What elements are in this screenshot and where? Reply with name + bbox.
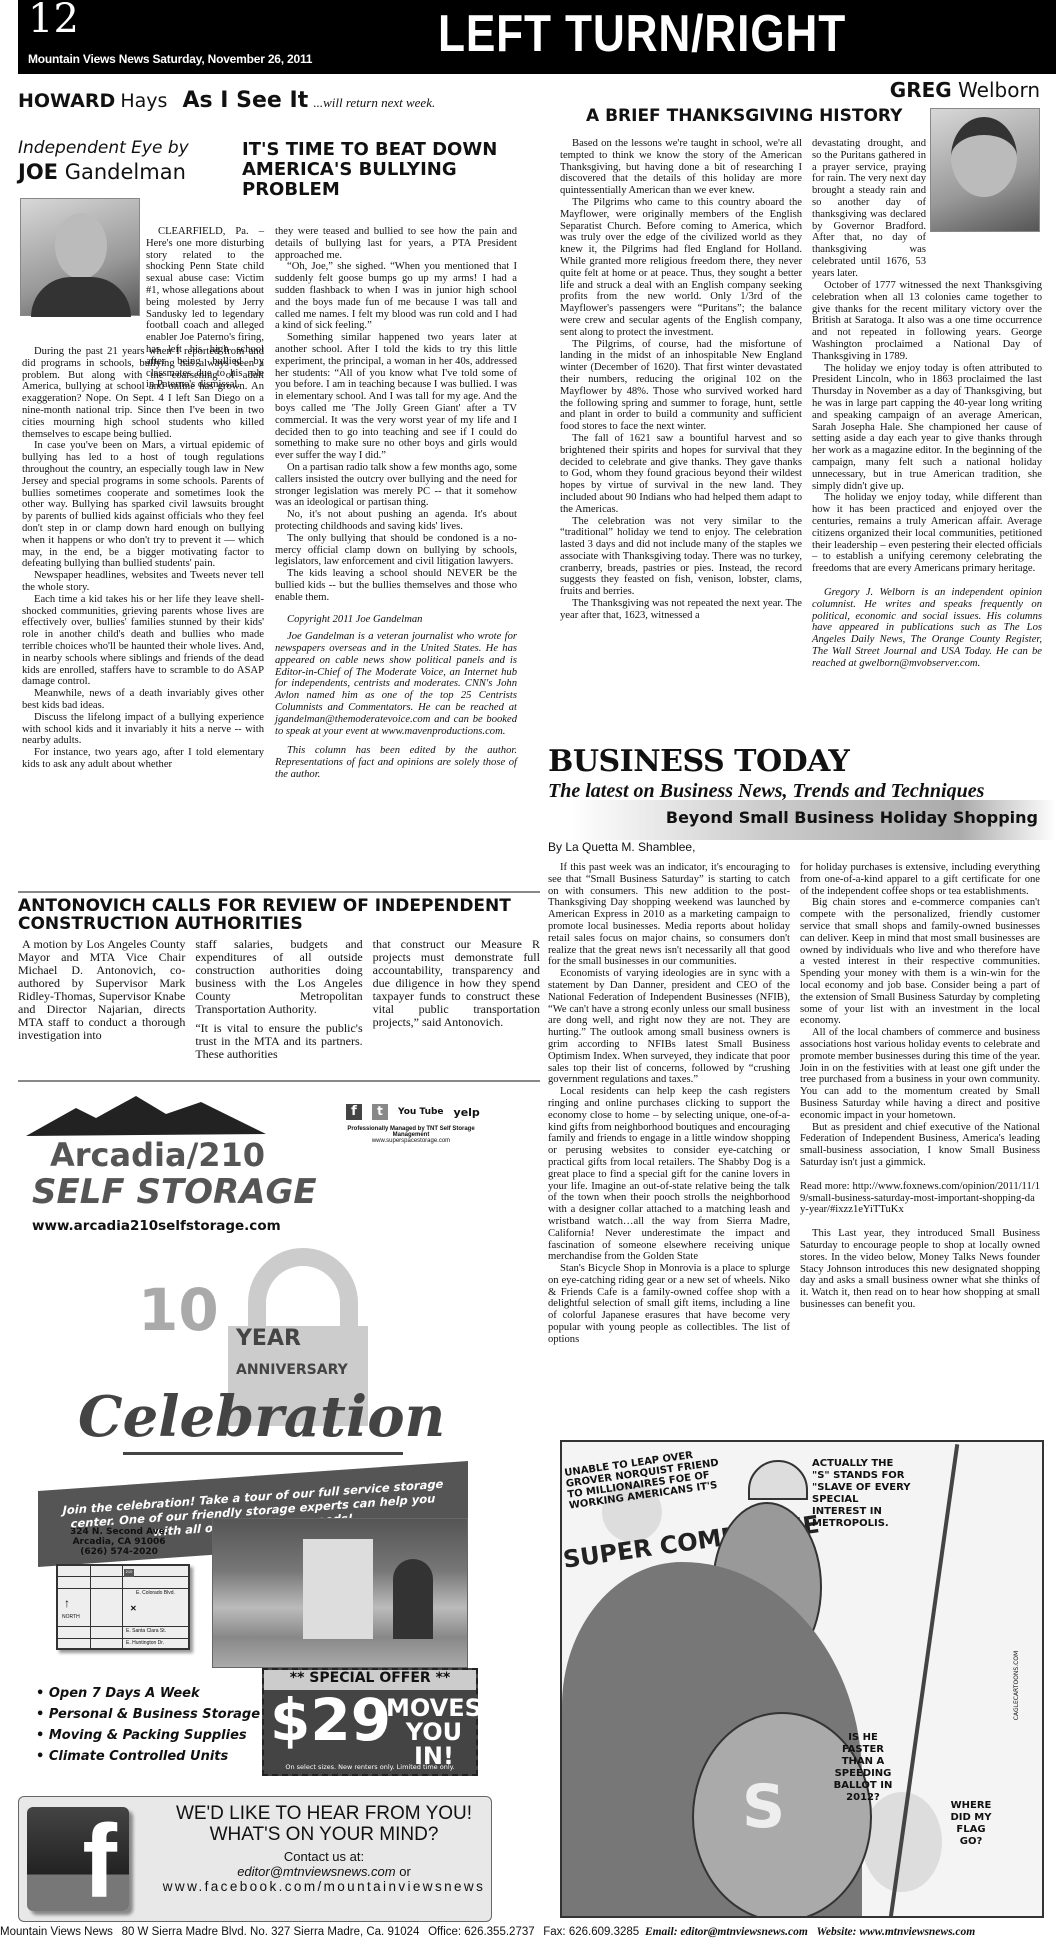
page-number: 12 (28, 0, 79, 42)
column-note: ...will return next week. (313, 95, 435, 110)
author-last: Welborn (958, 78, 1040, 102)
paragraph: staff salaries, budgets and expenditures… (195, 938, 362, 1016)
self-storage-ad: Arcadia/210 SELF STORAGE www.arcadia210s… (18, 1086, 540, 1546)
paragraph: For instance, two years ago, after I tol… (22, 747, 264, 771)
copyright: Copyright 2011 Joe Gandelman (275, 614, 517, 626)
cartoon-credit: CAGLECARTOONS.COM (1013, 1651, 1020, 1720)
column-kicker: Independent Eye by (18, 138, 189, 158)
masthead: 12 Mountain Views News Saturday, Novembe… (18, 0, 1056, 74)
author-first: HOWARD (18, 90, 115, 112)
brand-line-2: SELF STORAGE (32, 1172, 317, 1212)
s-emblem-icon: S (742, 1772, 785, 1842)
map-road (58, 1588, 188, 1589)
headline: ANTONOVICH CALLS FOR REVIEW OF INDEPENDE… (18, 897, 538, 933)
paragraph: This Last year, they introduced Small Bu… (800, 1228, 1040, 1311)
face-shape (951, 117, 1017, 197)
article-column: staff salaries, budgets and expenditures… (195, 938, 362, 1061)
paragraph: The only bullying that should be condone… (275, 533, 517, 568)
paragraph: The Pilgrims, of course, had the misfort… (560, 339, 802, 433)
divider (18, 891, 540, 893)
celebration-script: Celebration (78, 1384, 445, 1450)
special-offer-coupon[interactable]: ** SPECIAL OFFER ** $29 MOVES YOU IN! On… (262, 1668, 478, 1776)
location-marker-icon: ✕ (130, 1604, 137, 1613)
feature-label: Open 7 Days A Week (49, 1686, 200, 1701)
paragraph: “Oh, Joe,” she sighed. “When you mention… (275, 261, 517, 332)
cartoon-bubble-right: WHERE DID MY FLAG GO? (946, 1800, 996, 1848)
facebook-url-link[interactable]: www.facebook.com/mountainviewsnews (159, 1879, 489, 1894)
paragraph: Stan's Bicycle Shop in Monrovia is a pla… (548, 1263, 790, 1346)
yelp-icon[interactable]: yelp (454, 1106, 480, 1119)
padlock-shackle-icon (248, 1248, 358, 1338)
paragraph: Discuss the lifelong impact of a bullyin… (22, 712, 264, 747)
author-last: Hays (120, 90, 167, 112)
paragraph: The holiday we enjoy today is often attr… (812, 363, 1042, 493)
article-column: that construct our Measure R projects mu… (373, 938, 540, 1061)
headline: IT'S TIME TO BEAT DOWN AMERICA'S BULLYIN… (242, 140, 542, 200)
disclaimer: This column has been edited by the autho… (275, 745, 517, 780)
paragraph: During the past 21 years when I reported… (22, 346, 264, 440)
byline: By La Quetta M. Shamblee, (548, 840, 695, 854)
paragraph: The Pilgrims who came to this country ab… (560, 197, 802, 339)
offer-line: MOVES (386, 1696, 482, 1720)
contact-label: Contact us at: (159, 1849, 489, 1864)
anniversary-label: ANNIVERSARY (236, 1362, 348, 1378)
byline: GREG Welborn (890, 78, 1040, 102)
cartoon-caption-right: ACTUALLY THE "S" STANDS FOR "SLAVE OF EV… (812, 1458, 912, 1530)
paragraph: October of 1777 witnessed the next Thank… (812, 280, 1042, 363)
address-line-1: 324 N. Second Ave. (70, 1527, 168, 1537)
article-column-2: for holiday purchases is extensive, incl… (800, 862, 1040, 1311)
building-tower (303, 1539, 373, 1639)
map-label: NORTH (62, 1614, 80, 1620)
article-column-1b: During the past 21 years when I reported… (22, 346, 264, 771)
article-headline: Beyond Small Business Holiday Shopping (666, 808, 1038, 827)
ad-website[interactable]: www.arcadia210selfstorage.com (32, 1218, 281, 1234)
read-more-link[interactable]: Read more: http://www.foxnews.com/opinio… (800, 1181, 1040, 1216)
map-road (58, 1576, 188, 1577)
paragraph: Local residents can help keep the cash r… (548, 1086, 790, 1263)
feature-label: Moving & Packing Supplies (49, 1728, 247, 1743)
map-road (90, 1566, 91, 1648)
paragraph: The fall of 1621 saw a bountiful harvest… (560, 433, 802, 516)
managed-by-url: www.superspacestorage.com (336, 1138, 486, 1144)
map-road (58, 1638, 188, 1639)
managed-by-text: Professionally Managed by TNT Self Stora… (336, 1126, 486, 1138)
palm-tree (393, 1559, 433, 1639)
feature-label: Climate Controlled Units (49, 1749, 228, 1764)
feature-list: • Open 7 Days A Week • Personal & Busine… (36, 1683, 260, 1767)
cartoon-bubble-middle: IS HE FASTER THAN A SPEEDING BALLOT IN 2… (828, 1732, 898, 1804)
paragraph: for holiday purchases is extensive, incl… (800, 862, 1040, 897)
capitol-dome-helmet (748, 1460, 808, 1500)
author-bio: Gregory J. Welborn is an independent opi… (812, 587, 1042, 670)
column-name: As I See It (183, 88, 309, 113)
author-bio: Joe Gandelman is a veteran journalist wh… (275, 631, 517, 737)
offer-line: YOU IN! (386, 1720, 482, 1768)
location-map[interactable]: 210 E. Colorado Blvd. E. Santa Clara St.… (56, 1564, 190, 1650)
feature-item: • Climate Controlled Units (36, 1746, 260, 1767)
author-first: JOE (18, 160, 58, 184)
footer-office-phone: Office: 626.355.2737 (428, 1926, 535, 1938)
freeway-shield-icon: 210 (124, 1569, 134, 1577)
feature-item: • Moving & Packing Supplies (36, 1725, 260, 1746)
divider (18, 1080, 540, 1082)
paragraph: “It is vital to ensure the public's trus… (195, 1022, 362, 1061)
anniversary-number: 10 (138, 1276, 219, 1344)
paragraph: But as president and chief executive of … (800, 1122, 1040, 1169)
section-title: BUSINESS TODAY (548, 744, 849, 779)
brand-line-1: Arcadia/210 (50, 1136, 265, 1174)
paragraph: Economists of varying ideologies are in … (548, 968, 790, 1086)
facebook-logo-icon[interactable]: f (27, 1807, 129, 1911)
page-footer: Mountain Views News 80 W Sierra Madre Bl… (0, 1926, 1056, 1938)
paragraph: Newspaper headlines, websites and Tweets… (22, 570, 264, 594)
map-road (58, 1626, 188, 1627)
paragraph: The celebration was not very similar to … (560, 516, 802, 599)
paragraph: All of the local chambers of commerce an… (800, 1027, 1040, 1121)
footer-website-link[interactable]: Website: www.mtnviewsnews.com (816, 1926, 975, 1938)
author-last: Gandelman (65, 160, 186, 184)
north-arrow-icon: ↑ (64, 1596, 70, 1610)
facebook-contact-box: f WE'D LIKE TO HEAR FROM YOU! WHAT'S ON … (18, 1796, 492, 1922)
paragraph: they were teased and bullied to see how … (275, 226, 517, 261)
contact-email-link[interactable]: editor@mtnviewsnews.com (237, 1864, 395, 1879)
footer-address: 80 W Sierra Madre Blvd. No. 327 Sierra M… (122, 1926, 420, 1938)
paragraph: Big chain stores and e-commerce companie… (800, 897, 1040, 1027)
paragraph: The holiday we enjoy today, while differ… (812, 492, 1042, 575)
paragraph: The Thanksgiving was not repeated the ne… (560, 598, 802, 622)
celebration-underline (123, 1452, 403, 1455)
article-column-1: Based on the lessons we're taught in sch… (560, 138, 802, 622)
feature-label: Personal & Business Storage (49, 1707, 260, 1722)
paragraph: Something similar happened two years lat… (275, 332, 517, 462)
footer-email-link[interactable]: Email: editor@mtnviewsnews.com (645, 1926, 808, 1938)
paragraph: In case you've been on Mars, a virtual e… (22, 440, 264, 570)
offer-price: $29 (270, 1686, 391, 1754)
headline: A BRIEF THANKSGIVING HISTORY (586, 106, 902, 126)
contact-heading: WE'D LIKE TO HEAR FROM YOU! (159, 1803, 489, 1824)
map-label: E. Colorado Blvd. (136, 1590, 175, 1596)
facility-photo (212, 1518, 468, 1668)
footer-publication: Mountain Views News (0, 1926, 113, 1938)
article-column: A motion by Los Angeles County Mayor and… (18, 938, 185, 1061)
article-column-2: October of 1777 witnessed the next Thank… (812, 280, 1042, 670)
publication-date-line: Mountain Views News Saturday, November 2… (28, 52, 312, 66)
feature-item: • Open 7 Days A Week (36, 1683, 260, 1704)
ad-address: 324 N. Second Ave. Arcadia, CA 91006 (62… (70, 1527, 168, 1557)
paragraph: Based on the lessons we're taught in sch… (560, 138, 802, 197)
paragraph: No, it's not about pushing an agenda. It… (275, 509, 517, 533)
editorial-cartoon: UNABLE TO LEAP OVER GROVER NORQUIST FRIE… (560, 1440, 1044, 1918)
paragraph: Meanwhile, news of a death invariably gi… (22, 688, 264, 712)
or-text: or (396, 1864, 411, 1879)
map-road (122, 1566, 123, 1648)
article-column-1: If this past week was an indicator, it's… (548, 862, 790, 1346)
social-icons: f t You Tube yelp (346, 1104, 480, 1120)
offer-text: MOVES YOU IN! (386, 1696, 482, 1768)
author-first: GREG (890, 78, 952, 102)
footer-fax: Fax: 626.609.3285 (543, 1926, 639, 1938)
managed-by: Professionally Managed by TNT Self Stora… (336, 1126, 486, 1144)
article-column-2: they were teased and bullied to see how … (275, 226, 517, 781)
feature-item: • Personal & Business Storage (36, 1704, 260, 1725)
paragraph: The kids leaving a school should NEVER b… (275, 568, 517, 603)
paragraph: Each time a kid takes his or her life th… (22, 594, 264, 688)
paragraph: If this past week was an indicator, it's… (548, 862, 790, 968)
author-photo (930, 108, 1040, 232)
contact-text: WE'D LIKE TO HEAR FROM YOU! WHAT'S ON YO… (159, 1803, 489, 1894)
facebook-icon[interactable]: f (346, 1104, 362, 1120)
anniversary-year: YEAR (236, 1326, 301, 1351)
offer-fine-print: On select sizes. New renters only. Limit… (264, 1763, 476, 1771)
phone[interactable]: (626) 574-2020 (70, 1547, 168, 1557)
contact-heading: WHAT'S ON YOUR MIND? (159, 1824, 489, 1845)
byline: JOE Gandelman (18, 160, 186, 184)
mountains-logo-icon (26, 1096, 266, 1136)
map-label: E. Huntington Dr. (126, 1640, 164, 1646)
youtube-icon[interactable]: You Tube (398, 1107, 444, 1117)
address-line-2: Arcadia, CA 91006 (70, 1537, 168, 1547)
howard-hays-header: HOWARD Hays As I See It ...will return n… (18, 88, 435, 113)
antonovich-article: A motion by Los Angeles County Mayor and… (18, 938, 540, 1061)
map-label: E. Santa Clara St. (126, 1628, 166, 1634)
article-column-2-top: devastating drought, and so the Puritans… (812, 138, 926, 280)
twitter-icon[interactable]: t (372, 1104, 388, 1120)
paragraph: On a partisan radio talk show a few mont… (275, 462, 517, 509)
